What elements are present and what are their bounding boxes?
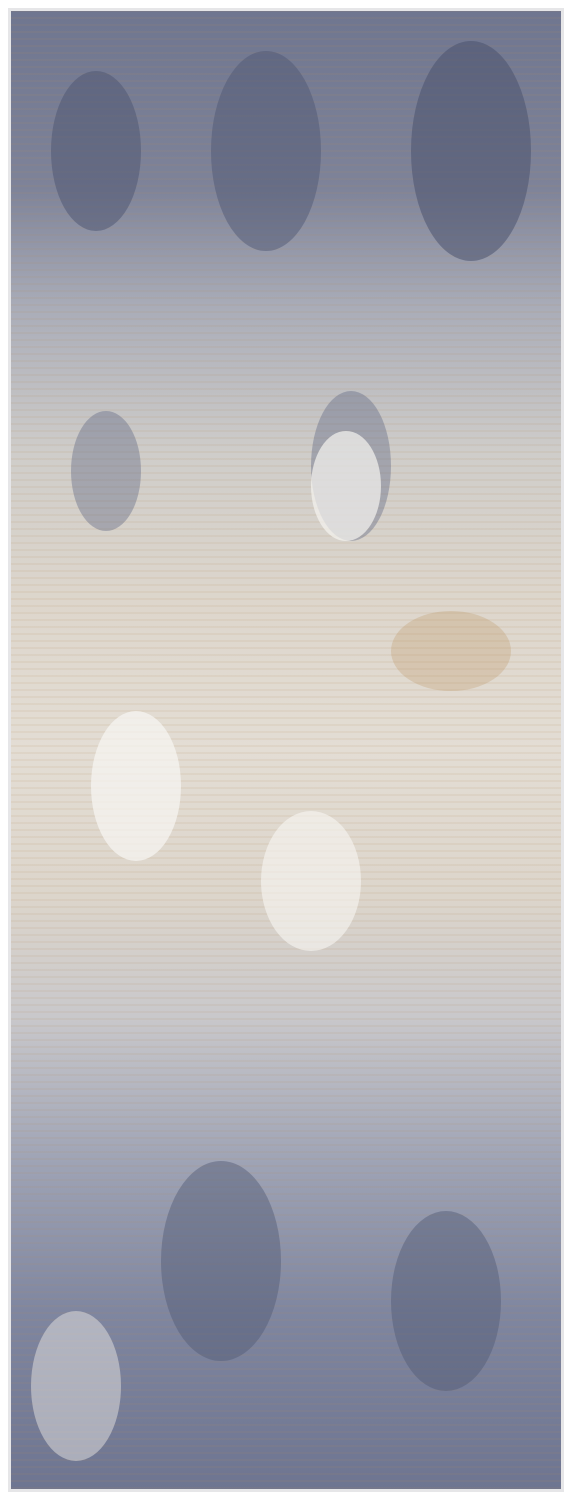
- pattern-motif: [411, 41, 531, 261]
- pattern-motif: [391, 1211, 501, 1391]
- runner-rug: [8, 8, 564, 1492]
- pattern-motif: [71, 411, 141, 531]
- pattern-motif: [261, 811, 361, 951]
- pattern-motif: [211, 51, 321, 251]
- pattern-motif: [31, 1311, 121, 1461]
- pattern-motif: [391, 611, 511, 691]
- pattern-motif: [51, 71, 141, 231]
- pattern-motif: [161, 1161, 281, 1361]
- pattern-motif: [311, 431, 381, 541]
- pattern-motif: [91, 711, 181, 861]
